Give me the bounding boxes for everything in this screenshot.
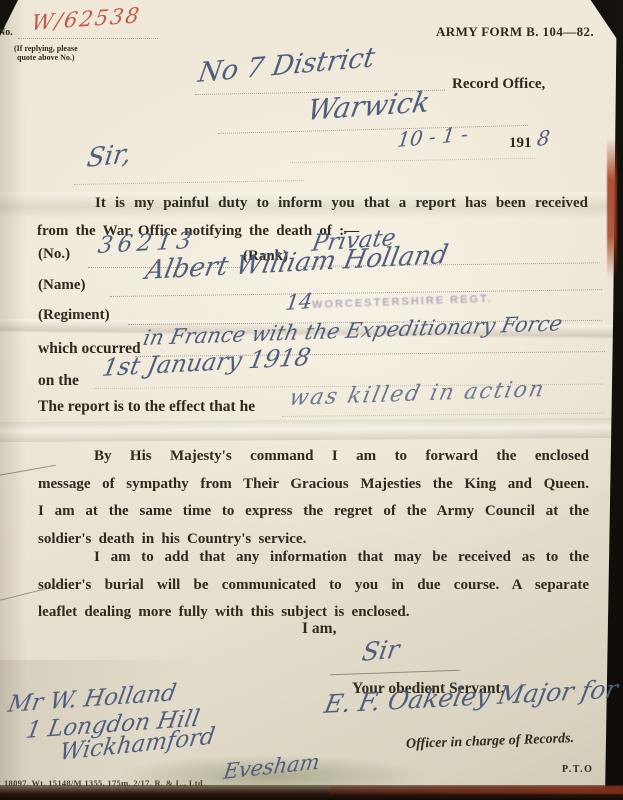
field-regiment-label: (Regiment) <box>38 307 110 324</box>
date-underline <box>290 158 535 163</box>
majesty-paragraph: By His Majesty's command I am to forward… <box>38 443 589 553</box>
regiment-stamp: WORCESTERSHIRE REGT. <box>312 293 493 311</box>
majesty-line-1: By His Majesty's command I am to forward… <box>38 443 589 471</box>
report-label: The report is to the effect that he <box>38 398 255 416</box>
majesty-line-2: message of sympathy from Their Gracious … <box>38 471 589 499</box>
report-underline <box>282 413 604 417</box>
officer-title: Officer in charge of Records. <box>406 731 575 753</box>
year-printed: 191 <box>509 135 532 152</box>
record-office-label: Record Office, <box>452 76 545 93</box>
name-underline <box>110 289 602 297</box>
pto-label: P.T.O <box>562 764 593 775</box>
burial-line-2: soldier's burial will be communicated to… <box>38 572 589 600</box>
occurred-value: in France with the Expeditionary Force <box>141 311 565 350</box>
salutation-underline <box>74 180 304 185</box>
field-no-label: (No.) <box>38 246 70 263</box>
reference-number: W/62538 <box>30 3 143 35</box>
field-name-label: (Name) <box>38 277 85 294</box>
district-handwritten: No 7 District <box>196 42 377 89</box>
closing-sir-handwritten: Sir <box>360 634 402 667</box>
print-code: 18097. Wt. 15148/M 1355. 175m. 2/17. R. … <box>4 778 205 788</box>
burial-paragraph: I am to add that any information that ma… <box>38 544 589 627</box>
document-photo: No. W/62538 (If replying, please quote a… <box>0 0 623 800</box>
report-value: was killed in action <box>287 377 548 411</box>
field-regiment-value: 14 <box>284 289 314 315</box>
year-digit-handwritten: 8 <box>536 125 551 151</box>
left-edge-shading <box>0 0 26 800</box>
i-am-label: I am, <box>302 620 336 638</box>
fold-crease-lower <box>0 418 623 442</box>
form-id: ARMY FORM B. 104—82. <box>436 24 594 40</box>
intro-line-1: It is my painful duty to inform you that… <box>37 190 588 218</box>
closing-sir-underline <box>330 670 460 676</box>
replying-note: (If replying, please quote above No.) <box>14 44 78 62</box>
date-day-month: 10 - 1 - <box>396 121 469 152</box>
replying-note-line1: (If replying, please <box>14 44 78 53</box>
majesty-line-3: I am at the same time to express the reg… <box>38 498 589 526</box>
on-the-label: on the <box>38 372 79 390</box>
no-label: No. <box>0 27 13 38</box>
recipient-town: Evesham <box>222 749 321 784</box>
replying-note-line2: quote above No.) <box>14 53 78 62</box>
burial-line-1: I am to add that any information that ma… <box>38 544 589 572</box>
reference-underline <box>18 38 158 39</box>
salutation-handwritten: Sir, <box>85 139 133 174</box>
location-underline <box>218 125 528 134</box>
